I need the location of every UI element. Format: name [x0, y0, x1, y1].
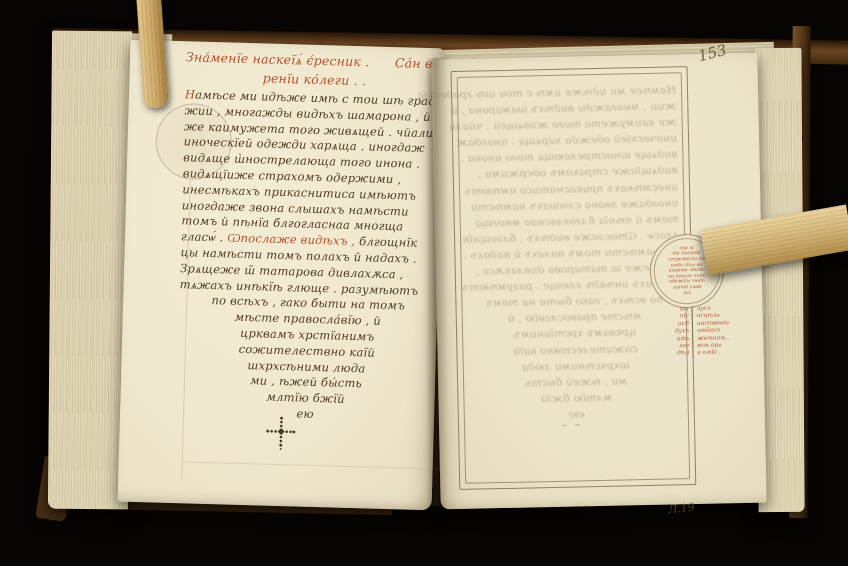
margin-line: а имïа . [697, 350, 729, 358]
left-page: Знáменïе наскеïѧ́ є́ресник . Сáн велинïѧ… [118, 40, 445, 511]
margin-column-left: шипïсоѵбдухъидѣгнедѣл [661, 306, 694, 359]
bleed-through-line [183, 461, 445, 469]
margin-line: духъ [661, 328, 689, 336]
red-margin-columns: шипïсоѵбдухъидѣгнедѣл лухъисцѣлѧинственï… [661, 305, 730, 358]
cross-ornament [265, 416, 296, 455]
gutter-shadow [426, 58, 448, 506]
bottom-folio-mark: Л.19 [667, 501, 695, 517]
manuscript-book-photo: Знáменïе наскеïѧ́ є́ресник . Сáн велинïѧ… [0, 0, 848, 566]
pen-trial-mark: ∼ ∽ [561, 420, 583, 429]
right-page: Намѣсе ми идѣже имѣ с тои шѣ градескïажи… [431, 53, 766, 510]
margin-line: дѣл [661, 351, 689, 359]
medallion-line: тъ [683, 291, 691, 297]
manuscript-text-left: Знáменïе наскеïѧ́ є́ресник . Сáн велинïѧ… [176, 49, 444, 426]
margin-column-right: лухъисцѣлѧинственïеиюдахъжетинѣ ,всѣ орѧ… [693, 305, 730, 358]
bleed-through-text: Намѣсе ми идѣже имѣ с тои шѣ градескïажи… [464, 84, 683, 426]
